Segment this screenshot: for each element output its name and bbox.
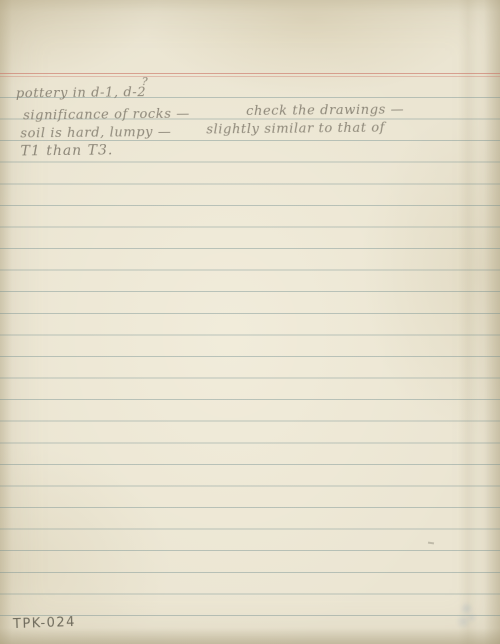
- handwritten-notes: pottery in d-1, d-2 ? significance of ro…: [0, 0, 500, 203]
- note-line-3-right: slightly similar to that of: [206, 121, 385, 138]
- catalog-number-label: TPK-024: [13, 615, 76, 632]
- note-line-2-left: significance of rocks —: [23, 107, 190, 124]
- faint-stamp-icon: [448, 598, 482, 634]
- note-line-4: T1 than T3.: [20, 142, 113, 159]
- note-line-3-left: soil is hard, lumpy —: [20, 125, 171, 142]
- note-line-2-right: check the drawings —: [246, 102, 404, 119]
- note-line-1: pottery in d-1, d-2: [16, 85, 146, 101]
- scanned-notebook-page: pottery in d-1, d-2 ? significance of ro…: [0, 0, 500, 644]
- note-line-1-question-mark: ?: [142, 75, 149, 88]
